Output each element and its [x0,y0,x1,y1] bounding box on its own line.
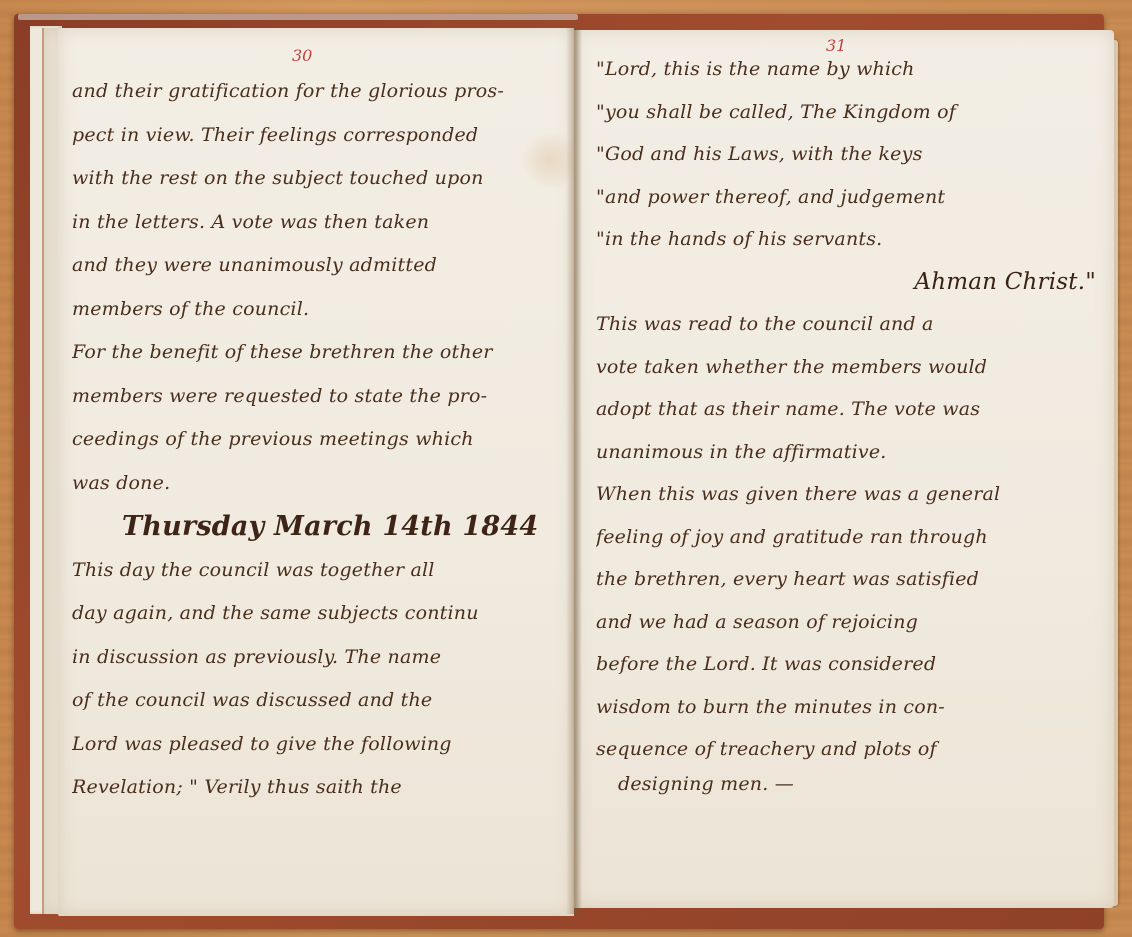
manuscript-line: of the council was discussed and the [72,679,572,723]
manuscript-line: was done. [72,462,572,506]
manuscript-line: This day the council was together all [72,549,572,593]
manuscript-line: day again, and the same subjects continu [72,592,572,636]
revelation-signature: Ahman Christ." [596,261,1106,304]
manuscript-line: "God and his Laws, with the keys [596,133,1106,176]
manuscript-line: "you shall be called, The Kingdom of [596,91,1106,134]
manuscript-line: and they were unanimously admitted [72,244,572,288]
manuscript-line: the brethren, every heart was satisfied [596,558,1106,601]
manuscript-line: members of the council. [72,288,572,332]
left-page-text: and their gratification for the glorious… [72,70,572,810]
manuscript-line: in discussion as previously. The name [72,636,572,680]
manuscript-line: wisdom to burn the minutes in con- [596,686,1106,729]
manuscript-line: pect in view. Their feelings corresponde… [72,114,572,158]
manuscript-line: For the benefit of these brethren the ot… [72,331,572,375]
manuscript-line: adopt that as their name. The vote was [596,388,1106,431]
manuscript-line: This was read to the council and a [596,303,1106,346]
manuscript-line: and their gratification for the glorious… [72,70,572,114]
manuscript-line: unanimous in the affirmative. [596,431,1106,474]
manuscript-line: "Lord, this is the name by which [596,48,1106,91]
manuscript-line: "and power thereof, and judgement [596,176,1106,219]
manuscript-line: Revelation; " Verily thus saith the [72,766,572,810]
manuscript-line: Lord was pleased to give the following [72,723,572,767]
manuscript-line: "in the hands of his servants. [596,218,1106,261]
manuscript-line: designing men. — [596,771,1106,797]
manuscript-line: When this was given there was a general [596,473,1106,516]
manuscript-line: sequence of treachery and plots of [596,728,1106,771]
page-number-left: 30 [292,46,312,65]
date-heading: Thursday March 14th 1844 [72,505,572,549]
cover-worn-edge [18,14,578,20]
manuscript-line: ceedings of the previous meetings which [72,418,572,462]
manuscript-line: with the rest on the subject touched upo… [72,157,572,201]
manuscript-line: before the Lord. It was considered [596,643,1106,686]
manuscript-line: members were requested to state the pro- [72,375,572,419]
right-page-text: "Lord, this is the name by which "you sh… [596,48,1106,797]
manuscript-line: vote taken whether the members would [596,346,1106,389]
manuscript-line: in the letters. A vote was then taken [72,201,572,245]
manuscript-line: and we had a season of rejoicing [596,601,1106,644]
manuscript-line: feeling of joy and gratitude ran through [596,516,1106,559]
